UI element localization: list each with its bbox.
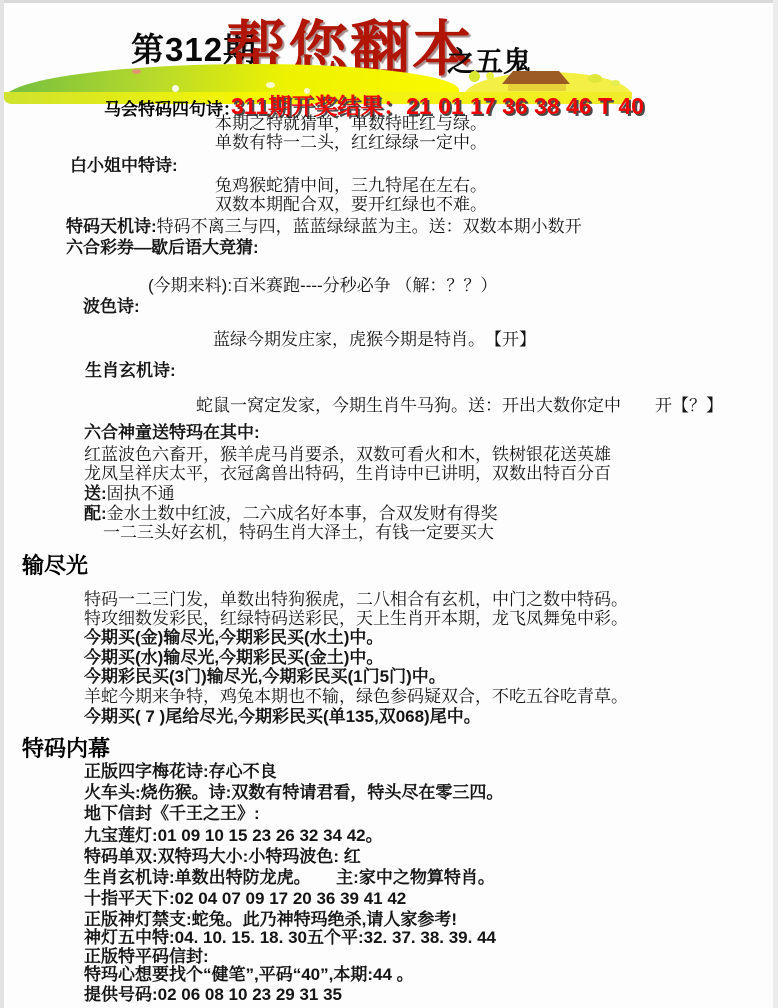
poem-line: 双数本期配合双，要开红绿也不难。 — [215, 195, 487, 215]
shujinguang-line: 特攻细数发彩民，红绿特码送彩民，天上生肖开本期，龙飞凤舞兔中彩。 — [84, 609, 628, 629]
shujinguang-line: 今期彩民买(3门)输尽光,今期彩民买(1门5门)中。 — [84, 667, 446, 687]
song-text: 固执不通 — [107, 484, 175, 503]
bose-line: 蓝绿今期发庄家，虎猴今期是特肖。 【开】 — [213, 330, 536, 350]
page-right-border — [773, 0, 778, 1008]
section-heading-liuhecaiquan: 六合彩券—歇后语大竞猜: — [66, 238, 259, 258]
pei-label: 配: — [84, 504, 107, 523]
song-label: 送: — [84, 484, 107, 503]
poem-line: 单数有特一二头，红红绿绿一定中。 — [215, 133, 487, 153]
neimu-line: 生肖玄机诗:单数出特防龙虎。 主:家中之物算特肖。 — [84, 868, 495, 888]
shentong-line: 红蓝波色六畜开，猴羊虎马肖要杀，双数可看火和木，铁树银花送英雄 — [84, 445, 611, 465]
poem-line: 本期之特就猜单，单数特旺红与绿。 — [215, 114, 487, 134]
tianji-text: 特码不离三与四，蓝蓝绿绿蓝为主。送：双数本期小数开 — [157, 217, 582, 236]
neimu-line: 神灯五中特:04. 10. 15. 18. 30五个平:32. 37. 38. … — [84, 928, 496, 948]
shujinguang-line: 今期买( 7 )尾给尽光,今期彩民买(单135,双068)尾中。 — [84, 707, 481, 727]
pei-line: 配:金水土数中红波，二六成名好本事，合双发财有得奖 — [84, 504, 498, 524]
neimu-line: 特玛心想要找个“健笔”,平码“40”,本期:44 。 — [84, 965, 414, 985]
shujinguang-line: 羊蛇今期来争特，鸡兔本期也不输，绿色参码疑双合，不吃五谷吃青草。 — [84, 687, 628, 707]
neimu-line: 地下信封《千王之王》: — [84, 804, 260, 824]
house-roof-icon — [502, 71, 570, 84]
xiehouyu-line: (今期来料):百米赛跑----分秒必争 （解：？？） — [148, 276, 497, 296]
tianji-label: 特码天机诗: — [66, 217, 157, 236]
tree-icon — [486, 72, 494, 80]
tree-icon — [469, 71, 480, 82]
neimu-line: 特码单双:双特玛大小:小特玛波色: 红 — [84, 847, 361, 867]
shengxiao-line: 蛇鼠一窝定发家，今期生肖牛马狗。送：开出大数你定中 开【？】 — [196, 396, 723, 416]
shujinguang-line: 今期买(金)输尽光,今期彩民买(水土)中。 — [84, 628, 383, 648]
section-heading-bose: 波色诗: — [83, 297, 140, 317]
neimu-line: 九宝莲灯:01 09 10 15 23 26 32 34 42。 — [84, 826, 383, 846]
shujinguang-line: 今期买(水)输尽光,今期彩民买(金土)中。 — [84, 648, 383, 668]
neimu-line: 正版特平码信封: — [84, 947, 209, 967]
section-heading-shengxiao: 生肖玄机诗: — [85, 361, 176, 381]
tip-sheet-page: 第312期 帮您翻本 之五鬼 马会特码四句诗： 311期开奖结果：21 01 1… — [0, 0, 778, 1008]
flower-dot-icon — [132, 69, 141, 74]
neimu-line: 十指平天下:02 04 07 09 17 20 36 39 41 42 — [84, 889, 406, 909]
tianji-line: 特码天机诗:特码不离三与四，蓝蓝绿绿蓝为主。送：双数本期小数开 — [66, 217, 582, 237]
shentong-line: 龙凤呈祥庆太平，衣冠禽兽出特码，生肖诗中已讲明，双数出特百分百 — [84, 464, 611, 484]
neimu-line: 火车头:烧伤猴。诗:双数有特请君看，特头尽在零三四。 — [84, 783, 503, 803]
section-heading-baixiaojie: 白小姐中特诗: — [70, 156, 178, 176]
page-left-border — [0, 0, 4, 1008]
section-heading-shentong: 六合神童送特玛在其中: — [84, 423, 260, 443]
bush-icon — [588, 74, 602, 83]
neimu-line: 正版神灯禁支:蛇兔。此乃神特玛绝杀,请人家参考! — [84, 910, 457, 930]
section-heading-neimu: 特码内幕 — [22, 732, 110, 763]
poem-line: 兔鸡猴蛇猜中间，三九特尾在左右。 — [215, 176, 487, 196]
pei-line-continued: 一二三头好玄机，特码生肖大泽土，有钱一定要买大 — [103, 523, 494, 543]
shujinguang-line: 特码一二三门发，单数出特狗猴虎，二八相合有玄机，中门之数中特码。 — [84, 590, 628, 610]
section-heading-shujinguang: 输尽光 — [22, 549, 88, 580]
song-line: 送:固执不通 — [84, 484, 175, 504]
pei-text: 金水土数中红波，二六成名好本事，合双发财有得奖 — [107, 504, 498, 523]
flower-dot-icon — [172, 85, 179, 92]
bush-icon — [611, 80, 620, 86]
neimu-line: 正版四字梅花诗:存心不良 — [84, 762, 277, 782]
neimu-line: 提供号码:02 06 08 10 23 29 31 35 — [84, 985, 342, 1005]
